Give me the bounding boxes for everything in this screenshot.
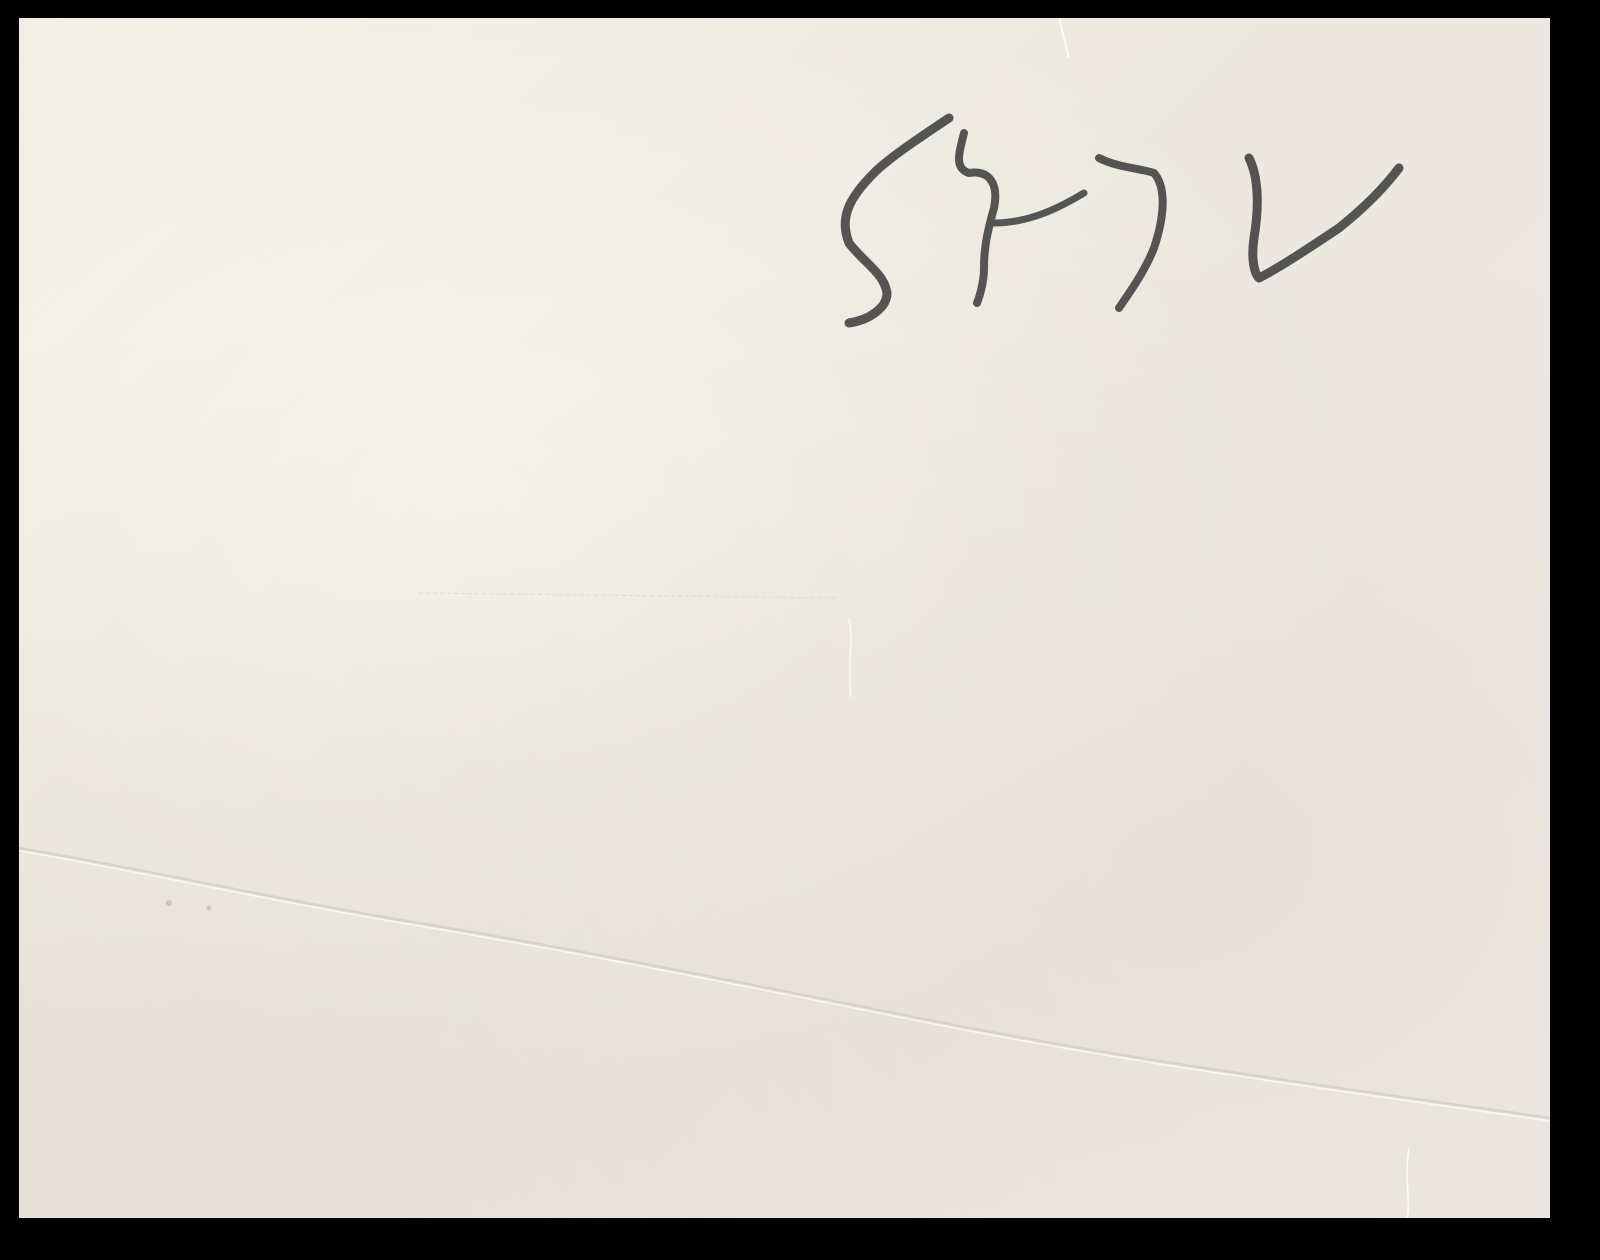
paper-sheet: 2735 (mirrored pencil marks) bbox=[19, 18, 1550, 1218]
handwritten-notation bbox=[819, 98, 1499, 338]
